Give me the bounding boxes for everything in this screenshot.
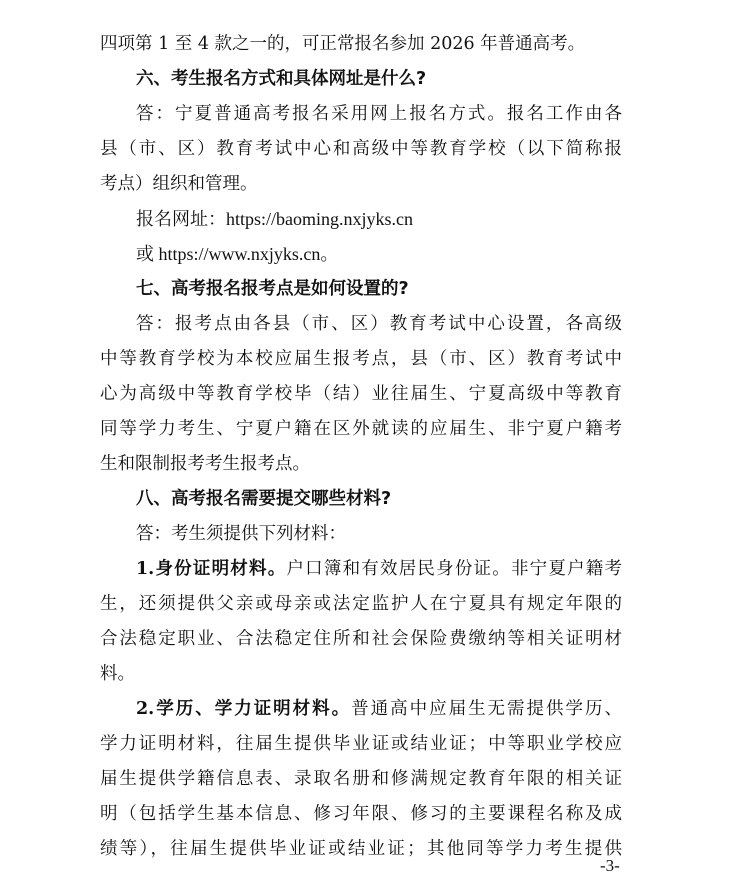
body-line: 心为高级中等教育学校毕（结）业往届生、宁夏高级中等教育 bbox=[100, 377, 622, 412]
body-line: 答：报考点由各县（市、区）教育考试中心设置，各高级 bbox=[100, 307, 622, 342]
body-line: 考点）组织和管理。 bbox=[100, 167, 622, 202]
body-line: 县（市、区）教育考试中心和高级中等教育学校（以下简称报 bbox=[100, 132, 622, 167]
body-line: 生，还须提供父亲或母亲或法定监护人在宁夏具有规定年限的 bbox=[100, 587, 622, 622]
item-2-text: 普通高中应届生无需提供学历、 bbox=[351, 699, 622, 719]
alternate-url-line: 或 https://www.nxjyks.cn。 bbox=[100, 237, 622, 272]
page-number: -3- bbox=[600, 856, 620, 876]
body-line: 届生提供学籍信息表、录取名册和修满规定教育年限的相关证 bbox=[100, 762, 622, 797]
section-heading-7: 七、高考报名报考点是如何设置的? bbox=[100, 272, 622, 307]
item-2-title: 2.学历、学力证明材料。 bbox=[136, 699, 351, 719]
item-1-text: 户口簿和有效居民身份证。非宁夏户籍考 bbox=[286, 559, 622, 579]
body-line: 答：宁夏普通高考报名采用网上报名方式。报名工作由各 bbox=[100, 97, 622, 132]
body-line: 生和限制报考考生报考点。 bbox=[100, 447, 622, 482]
body-line: 学力证明材料，往届生提供毕业证或结业证；中等职业学校应 bbox=[100, 727, 622, 762]
body-line: 四项第 1 至 4 款之一的，可正常报名参加 2026 年普通高考。 bbox=[100, 27, 622, 62]
document-page: 四项第 1 至 4 款之一的，可正常报名参加 2026 年普通高考。 六、考生报… bbox=[100, 27, 622, 867]
body-line: 绩等），往届生提供毕业证或结业证；其他同等学力考生提供 bbox=[100, 832, 622, 867]
item-2-first-line: 2.学历、学力证明材料。普通高中应届生无需提供学历、 bbox=[100, 692, 622, 727]
body-line: 同等学力考生、宁夏户籍在区外就读的应届生、非宁夏户籍考 bbox=[100, 412, 622, 447]
body-line: 明（包括学生基本信息、修习年限、修习的主要课程名称及成 bbox=[100, 797, 622, 832]
body-line: 料。 bbox=[100, 657, 622, 692]
body-line: 答：考生须提供下列材料： bbox=[100, 517, 622, 552]
item-1-first-line: 1.身份证明材料。户口簿和有效居民身份证。非宁夏户籍考 bbox=[100, 552, 622, 587]
registration-url-line: 报名网址：https://baoming.nxjyks.cn bbox=[100, 202, 622, 237]
section-heading-8: 八、高考报名需要提交哪些材料? bbox=[100, 482, 622, 517]
item-1-title: 1.身份证明材料。 bbox=[136, 559, 286, 579]
body-line: 中等教育学校为本校应届生报考点，县（市、区）教育考试中 bbox=[100, 342, 622, 377]
section-heading-6: 六、考生报名方式和具体网址是什么? bbox=[100, 62, 622, 97]
body-line: 合法稳定职业、合法稳定住所和社会保险费缴纳等相关证明材 bbox=[100, 622, 622, 657]
